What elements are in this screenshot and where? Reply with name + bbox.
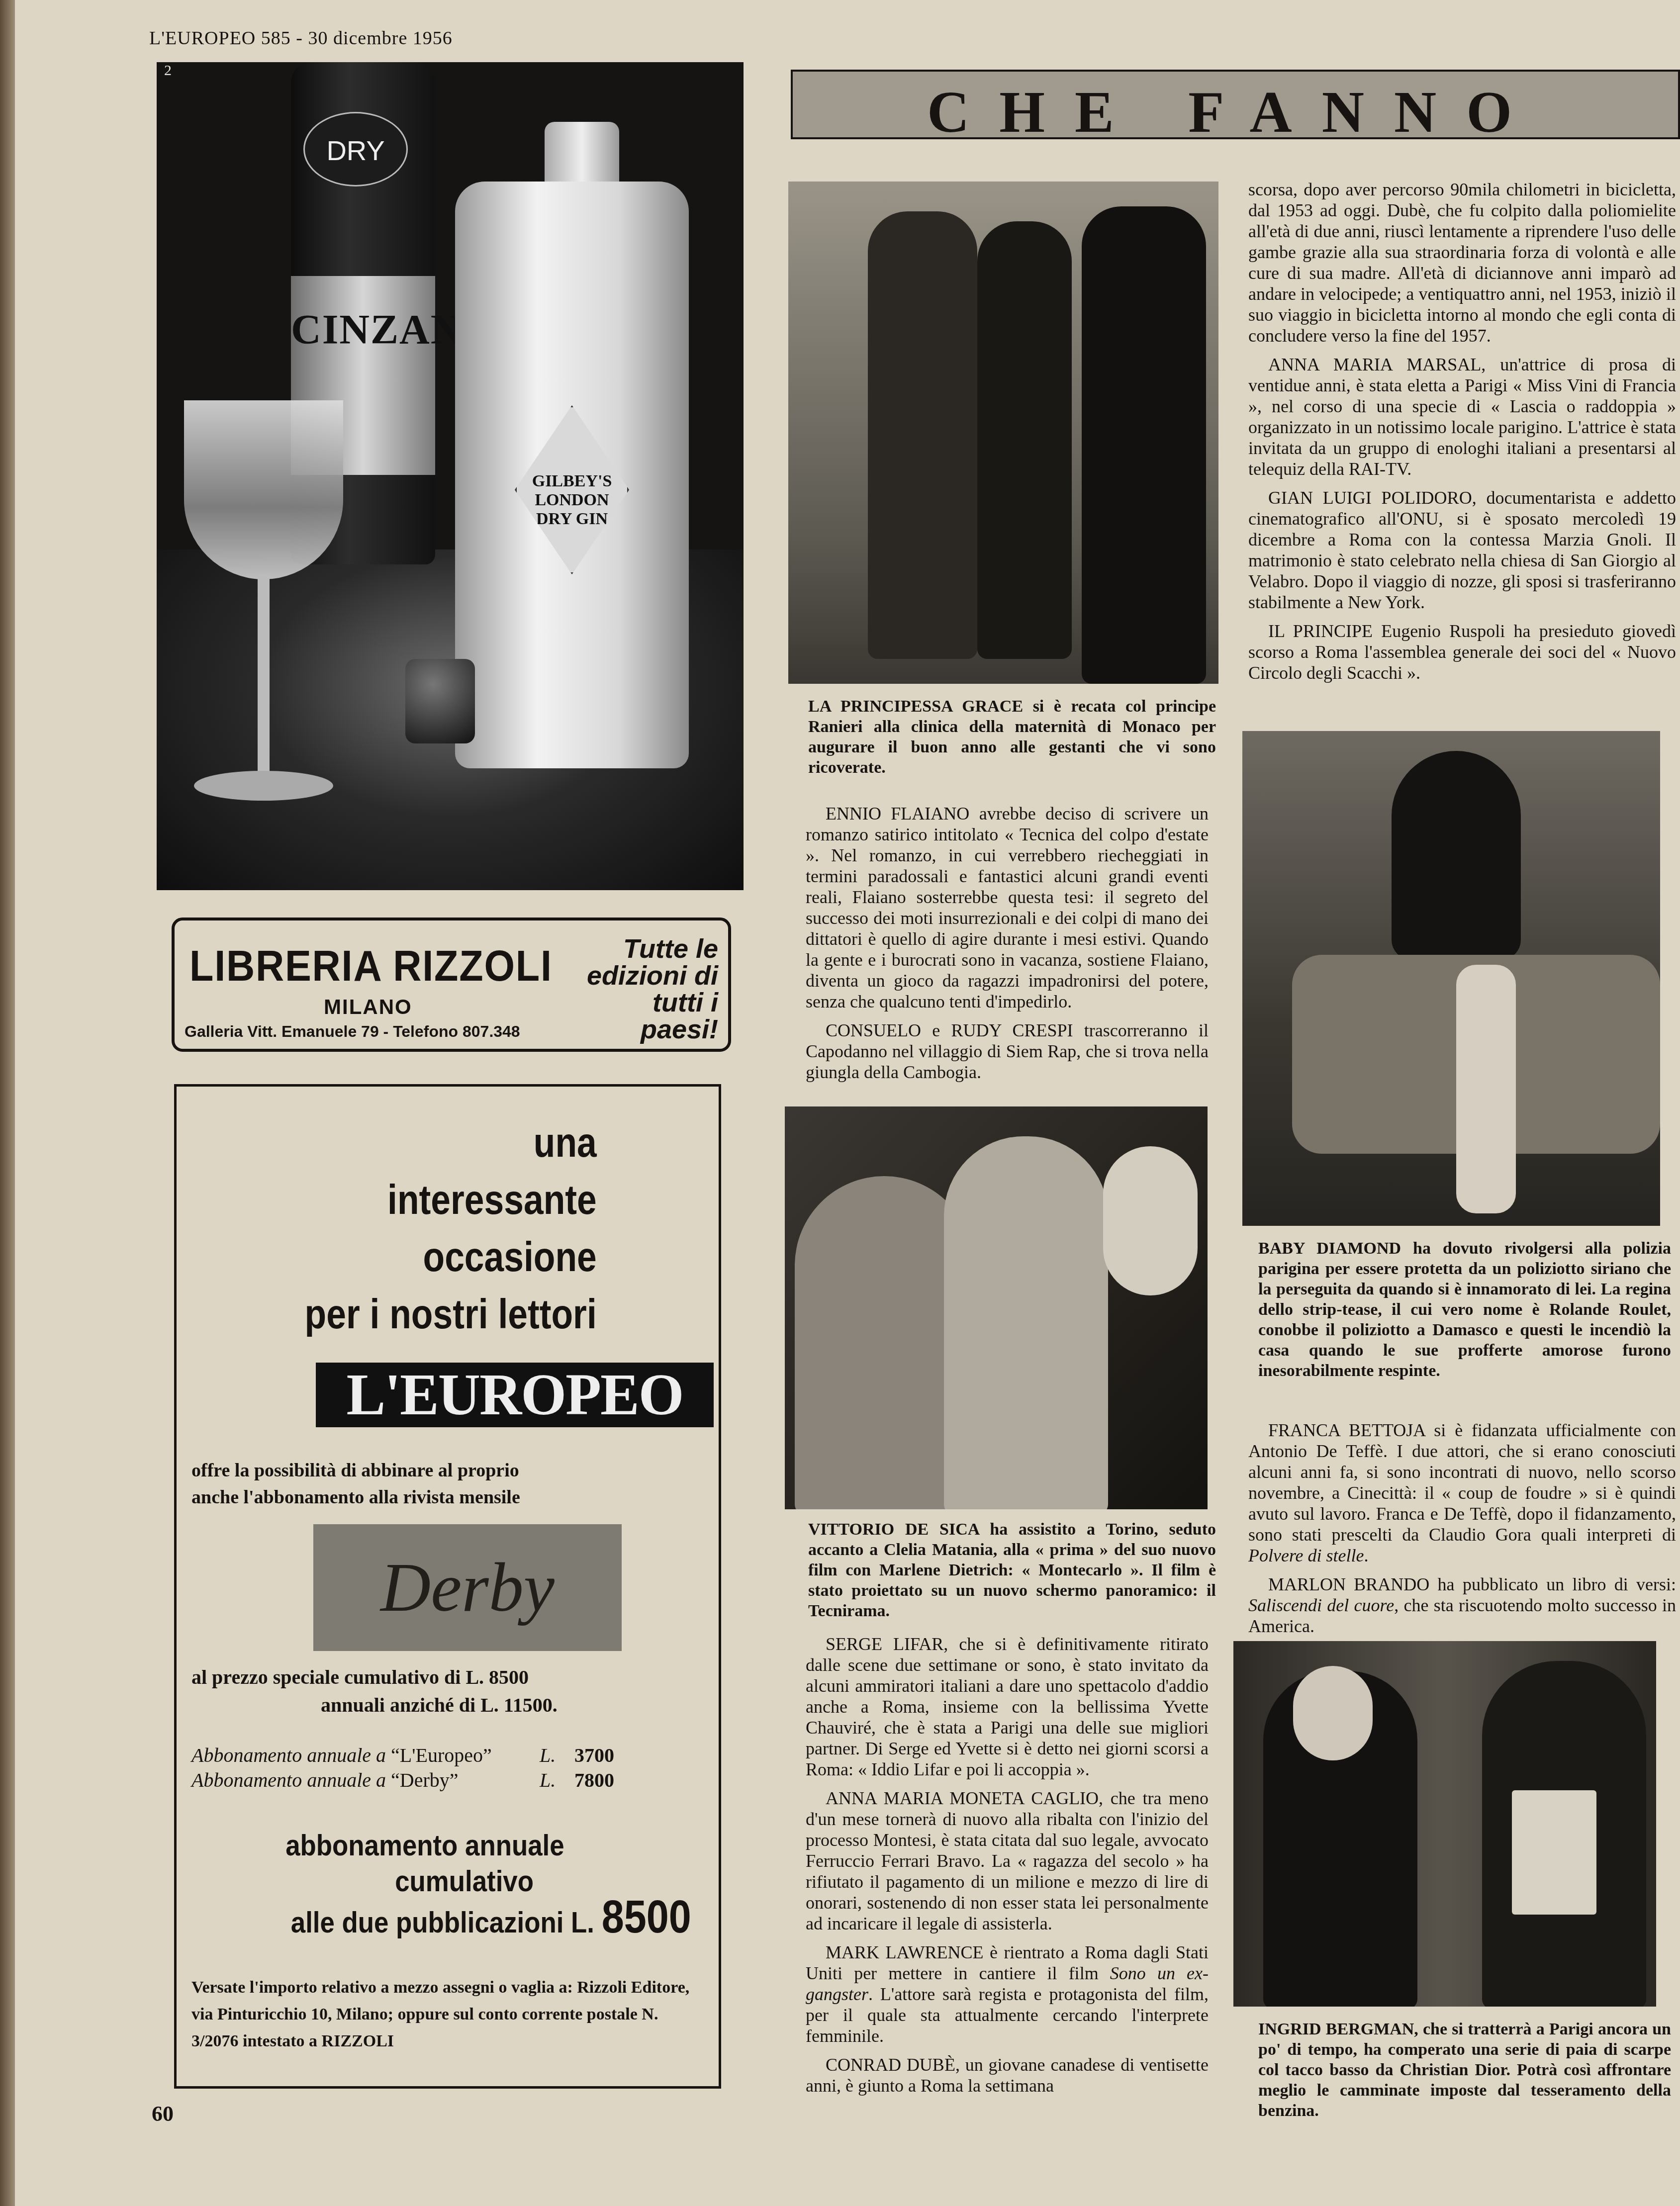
europeo-subscription-ad: una interessante occasione per i nostri …	[174, 1084, 721, 2089]
article-crespi: CONSUELO e RUDY CRESPI trascorreranno il…	[806, 1020, 1209, 1083]
payment-instructions: Versate l'importo relativo a mezzo asseg…	[191, 1974, 709, 2055]
photo-ingrid-bergman	[1233, 1641, 1656, 2007]
special-price: al prezzo speciale cumulativo di L. 8500…	[191, 1663, 558, 1719]
magazine-page: L'EUROPEO 585 - 30 dicembre 1956 DRY CIN…	[15, 0, 1680, 2206]
subscription-prices: Abbonamento annuale a “L'Europeo” L. 370…	[191, 1743, 614, 1793]
cinzano-gilbeys-ad-photo: DRY CINZANO GILBEY'S LONDON DRY GIN	[157, 62, 744, 890]
cocktail-glass	[184, 400, 343, 833]
section-header: CHE FANNO	[791, 70, 1680, 139]
article-ruspoli: IL PRINCIPE Eugenio Ruspoli ha presiedut…	[1248, 621, 1676, 683]
photo-vittorio-de-sica	[785, 1106, 1208, 1509]
photo-baby-diamond	[1242, 731, 1660, 1226]
articles-column-2-mid: FRANCA BETTOJA si è fidanzata ufficialme…	[1248, 1420, 1676, 1645]
page-number: 60	[152, 2101, 174, 2126]
rizzoli-city: MILANO	[324, 995, 412, 1019]
section-title: CHE FANNO	[927, 79, 1542, 139]
caption-vittorio-de-sica: VITTORIO DE SICA ha assistito a Torino, …	[808, 1519, 1216, 1621]
article-caglio: ANNA MARIA MONETA CAGLIO, che tra meno d…	[806, 1788, 1209, 1934]
caption-princess-grace: LA PRINCIPESSA GRACE si è recata col pri…	[808, 696, 1216, 778]
derby-logo: Derby	[313, 1524, 622, 1651]
article-dube: CONRAD DUBÈ, un giovane canadese di vent…	[806, 2054, 1209, 2096]
bottle-cap	[405, 659, 475, 743]
article-lifar: SERGE LIFAR, che si è definitivamente ri…	[806, 1634, 1209, 1780]
cumulative-offer: abbonamento annuale cumulativo alle due …	[285, 1828, 691, 1940]
europeo-logo: L'EUROPEO	[316, 1363, 714, 1427]
articles-column-1-bottom: SERGE LIFAR, che si è definitivamente ri…	[806, 1634, 1209, 2104]
ad-number: 2	[164, 62, 172, 79]
dry-label: DRY	[303, 112, 408, 186]
libreria-rizzoli-ad: LIBRERIA RIZZOLI MILANO Galleria Vitt. E…	[172, 918, 731, 1052]
rizzoli-title: LIBRERIA RIZZOLI	[189, 940, 553, 991]
article-polidoro: GIAN LUIGI POLIDORO, documentarista e ad…	[1248, 487, 1676, 613]
articles-column-1-top: ENNIO FLAIANO avrebbe deciso di scrivere…	[806, 803, 1209, 1091]
caption-baby-diamond: BABY DIAMOND ha dovuto rivolgersi alla p…	[1258, 1238, 1671, 1381]
subscription-row-europeo: Abbonamento annuale a “L'Europeo” L. 370…	[191, 1743, 614, 1768]
article-dube-continued: scorsa, dopo aver percorso 90mila chilom…	[1248, 179, 1676, 346]
article-bettoja: FRANCA BETTOJA si è fidanzata ufficialme…	[1248, 1420, 1676, 1566]
articles-column-2-top: scorsa, dopo aver percorso 90mila chilom…	[1248, 179, 1676, 691]
offer-text: offre la possibilità di abbinare al prop…	[191, 1457, 520, 1511]
subscription-row-derby: Abbonamento annuale a “Derby” L. 7800	[191, 1768, 614, 1793]
photo-princess-grace	[788, 182, 1218, 684]
article-lawrence: MARK LAWRENCE è rientrato a Roma dagli S…	[806, 1942, 1209, 2046]
rizzoli-address: Galleria Vitt. Emanuele 79 - Telefono 80…	[185, 1022, 520, 1041]
rizzoli-tagline: Tutte le edizioni di tutti i paesi!	[579, 935, 718, 1043]
caption-ingrid-bergman: INGRID BERGMAN, che si tratterrà a Parig…	[1258, 2019, 1671, 2121]
running-head: L'EUROPEO 585 - 30 dicembre 1956	[149, 27, 453, 49]
article-marsal: ANNA MARIA MARSAL, un'attrice di prosa d…	[1248, 354, 1676, 479]
article-brando: MARLON BRANDO ha pubblicato un libro di …	[1248, 1574, 1676, 1637]
ad-headline: una interessante occasione per i nostri …	[305, 1114, 597, 1343]
article-flaiano: ENNIO FLAIANO avrebbe deciso di scrivere…	[806, 803, 1209, 1012]
